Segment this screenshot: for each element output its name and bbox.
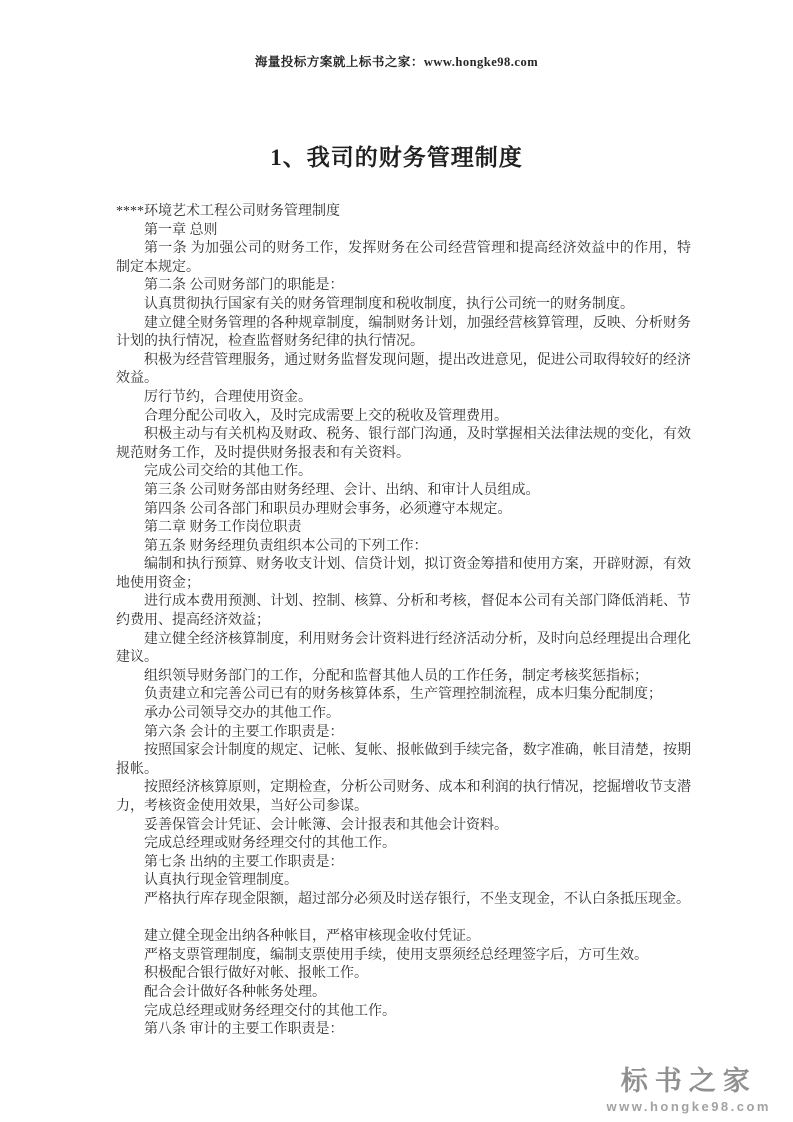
paragraph: 建立健全现金出纳各种帐目，严格审核现金收付凭证。: [116, 928, 691, 947]
paragraph: 配合会计做好各种帐务处理。: [116, 984, 691, 1003]
paragraph: 第七条 出纳的主要工作职责是：: [116, 854, 691, 873]
paragraph: 严格执行库存现金限额，超过部分必须及时送存银行，不坐支现金，不认白条抵压现金。: [116, 891, 691, 910]
paragraph: 建立健全经济核算制度，利用财务会计资料进行经济活动分析，及时向总经理提出合理化建…: [116, 631, 691, 668]
document-body: ****环境艺术工程公司财务管理制度第一章 总则第一条 为加强公司的财务工作，发…: [116, 203, 691, 1040]
paragraph: 严格支票管理制度，编制支票使用手续，使用支票须经总经理签字后，方可生效。: [116, 947, 691, 966]
paragraph: 第三条 公司财务部由财务经理、会计、出纳、和审计人员组成。: [116, 482, 691, 501]
document-page: 海量投标方案就上标书之家：www.hongke98.com 1、我司的财务管理制…: [0, 0, 793, 1122]
paragraph: 积极主动与有关机构及财政、税务、银行部门沟通，及时掌握相关法律法规的变化，有效规…: [116, 426, 691, 463]
paragraph: 按照经济核算原则，定期检查，分析公司财务、成本和利润的执行情况，挖掘增收节支潜力…: [116, 779, 691, 816]
paragraph: 完成总经理或财务经理交付的其他工作。: [116, 835, 691, 854]
paragraph: 第二章 财务工作岗位职责: [116, 519, 691, 538]
watermark-site-name: 标书之家: [607, 1067, 772, 1097]
paragraph: 第一条 为加强公司的财务工作，发挥财务在公司经营管理和提高经济效益中的作用，特制…: [116, 240, 691, 277]
paragraph: 完成公司交给的其他工作。: [116, 463, 691, 482]
paragraph: 第六条 会计的主要工作职责是：: [116, 724, 691, 743]
paragraph: 完成总经理或财务经理交付的其他工作。: [116, 1003, 691, 1022]
paragraph: 认真贯彻执行国家有关的财务管理制度和税收制度，执行公司统一的财务制度。: [116, 296, 691, 315]
watermark: 标书之家 www.hongke98.com: [607, 1067, 772, 1114]
paragraph: 进行成本费用预测、计划、控制、核算、分析和考核，督促本公司有关部门降低消耗、节约…: [116, 593, 691, 630]
paragraph: 组织领导财务部门的工作，分配和监督其他人员的工作任务，制定考核奖惩指标；: [116, 668, 691, 687]
paragraph: 妥善保管会计凭证、会计帐簿、会计报表和其他会计资料。: [116, 817, 691, 836]
paragraph: [116, 910, 691, 929]
paragraph: 建立健全财务管理的各种规章制度，编制财务计划，加强经营核算管理，反映、分析财务计…: [116, 315, 691, 352]
paragraph: 第八条 审计的主要工作职责是：: [116, 1021, 691, 1040]
paragraph: 第五条 财务经理负责组织本公司的下列工作：: [116, 538, 691, 557]
paragraph: 积极为经营管理服务，通过财务监督发现问题，提出改进意见，促进公司取得较好的经济效…: [116, 352, 691, 389]
paragraph: 合理分配公司收入，及时完成需要上交的税收及管理费用。: [116, 408, 691, 427]
paragraph: 厉行节约，合理使用资金。: [116, 389, 691, 408]
paragraph: 第二条 公司财务部门的职能是：: [116, 277, 691, 296]
paragraph: 积极配合银行做好对帐、报帐工作。: [116, 965, 691, 984]
paragraph: 编制和执行预算、财务收支计划、信贷计划，拟订资金筹措和使用方案，开辟财源，有效地…: [116, 556, 691, 593]
paragraph: 第一章 总则: [116, 222, 691, 241]
paragraph: 认真执行现金管理制度。: [116, 872, 691, 891]
paragraph: ****环境艺术工程公司财务管理制度: [116, 203, 691, 222]
paragraph: 第四条 公司各部门和职员办理财会事务，必须遵守本规定。: [116, 501, 691, 520]
promo-header-text: 海量投标方案就上标书之家：www.hongke98.com: [0, 52, 793, 70]
paragraph: 承办公司领导交办的其他工作。: [116, 705, 691, 724]
watermark-site-url: www.hongke98.com: [607, 1099, 772, 1114]
paragraph: 按照国家会计制度的规定、记帐、复帐、报帐做到手续完备，数字准确，帐目清楚，按期报…: [116, 742, 691, 779]
paragraph: 负责建立和完善公司已有的财务核算体系，生产管理控制流程，成本归集分配制度；: [116, 686, 691, 705]
page-title: 1、我司的财务管理制度: [0, 139, 793, 172]
